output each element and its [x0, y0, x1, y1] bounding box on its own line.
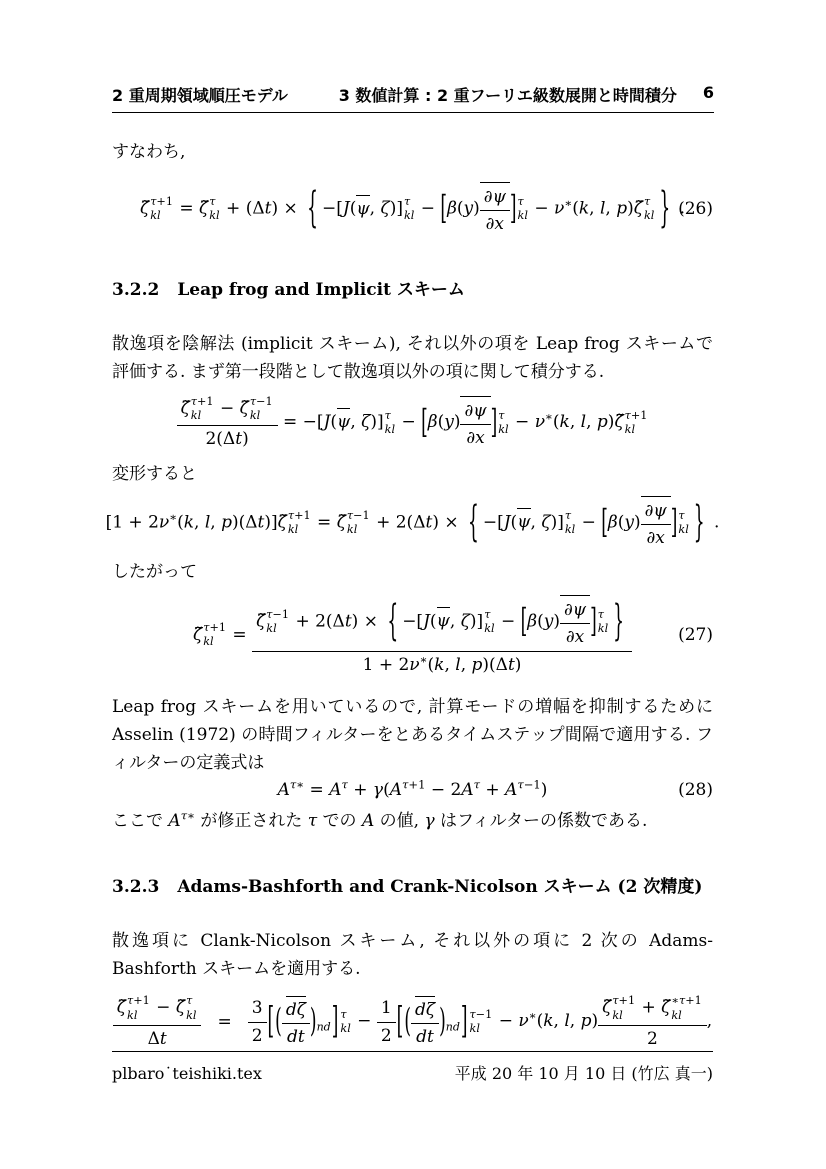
equation-27-number: (27): [678, 624, 713, 646]
equation-26: ζ̃τ+1kl = ζ̃τkl + (Δt) × {−[J(ψ, ζ)]τkl …: [112, 182, 713, 236]
header-page-number: 6: [703, 83, 714, 106]
paragraph-implicit-scheme: 散逸項を陰解法 (implicit スキーム), それ以外の項を Leap fr…: [112, 330, 713, 386]
page-content: すなわち, ζ̃τ+1kl = ζ̃τkl + (Δt) × {−[J(ψ, ζ…: [112, 138, 713, 1051]
equation-adams-bashforth-body: ζ̃τ+1kl − ζ̃τklΔt=32[(dζdt)nd]τkl − 12[(…: [113, 993, 712, 1050]
page-footer: plbaro˙teishiki.tex 平成 20 年 10 月 10 日 (竹…: [112, 1051, 713, 1084]
header-row: 2 重周期領域順圧モデル 3 数値計算 : 2 重フーリエ級数展開と時間積分 6: [112, 83, 714, 106]
equation-27-body: ζ̃τ+1kl = ζ̃τ−1kl + 2(Δt) × {−[J(ψ, ζ)]τ…: [193, 594, 632, 677]
footer-rule: [112, 1051, 713, 1052]
paragraph-henkei: 変形すると: [112, 460, 713, 488]
equation-28: Aτ∗ = Aτ + γ(Aτ+1 − 2Aτ + Aτ−1) (28): [112, 779, 713, 801]
footer-filename: plbaro˙teishiki.tex: [112, 1064, 262, 1083]
header-right-group: 3 数値計算 : 2 重フーリエ級数展開と時間積分 6: [339, 83, 714, 106]
header-chapter-title: 2 重周期領域順圧モデル: [112, 83, 288, 106]
equation-28-number: (28): [678, 779, 713, 801]
equation-28-body: Aτ∗ = Aτ + γ(Aτ+1 − 2Aτ + Aτ−1): [278, 779, 548, 801]
equation-leapfrog-1-body: ζ̃τ+1kl − ζ̃τ−1kl2(Δt) = −[J(ψ, ζ)]τkl −…: [177, 394, 649, 451]
section-number: 3.2.3: [112, 877, 159, 897]
paragraph-shitagatte: したがって: [112, 558, 713, 586]
paragraph-asselin-filter: Leap frog スキームを用いているので, 計算モードの増幅を抑制するために…: [112, 693, 713, 777]
paragraph-adams-bashforth: 散逸項に Clank-Nicolson スキーム, それ以外の項に 2 次の A…: [112, 927, 713, 983]
equation-26-number: (26): [678, 198, 713, 220]
footer-row: plbaro˙teishiki.tex 平成 20 年 10 月 10 日 (竹…: [112, 1061, 713, 1084]
document-page: 2 重周期領域順圧モデル 3 数値計算 : 2 重フーリエ級数展開と時間積分 6…: [0, 0, 826, 1169]
lead-in-text: すなわち,: [112, 138, 713, 166]
section-heading-3-2-2: 3.2.2Leap frog and Implicit スキーム: [112, 276, 713, 304]
page-header: 2 重周期領域順圧モデル 3 数値計算 : 2 重フーリエ級数展開と時間積分 6: [112, 83, 714, 113]
equation-26-body: ζ̃τ+1kl = ζ̃τkl + (Δt) × {−[J(ψ, ζ)]τkl …: [140, 182, 685, 236]
equation-leapfrog-2: [1 + 2ν∗(k, l, p)(Δt)]ζ̃τ+1kl = ζ̃τ−1kl …: [112, 496, 713, 550]
equation-leapfrog-1: ζ̃τ+1kl − ζ̃τ−1kl2(Δt) = −[J(ψ, ζ)]τkl −…: [112, 394, 713, 451]
equation-leapfrog-2-body: [1 + 2ν∗(k, l, p)(Δt)]ζ̃τ+1kl = ζ̃τ−1kl …: [106, 496, 720, 550]
section-number: 3.2.2: [112, 280, 159, 300]
footer-date-author: 平成 20 年 10 月 10 日 (竹広 真一): [455, 1061, 713, 1084]
equation-adams-bashforth: ζ̃τ+1kl − ζ̃τklΔt=32[(dζdt)nd]τkl − 12[(…: [112, 993, 713, 1050]
section-heading-3-2-3: 3.2.3Adams-Bashforth and Crank-Nicolson …: [112, 873, 713, 901]
equation-27: ζ̃τ+1kl = ζ̃τ−1kl + 2(Δt) × {−[J(ψ, ζ)]τ…: [112, 594, 713, 677]
paragraph-filter-coefficient: ここで Aτ∗ が修正された τ での A の値, γ はフィルターの係数である…: [112, 807, 713, 835]
section-title: Leap frog and Implicit スキーム: [177, 280, 465, 300]
header-section-title: 3 数値計算 : 2 重フーリエ級数展開と時間積分: [339, 83, 677, 106]
header-rule: [112, 112, 714, 113]
section-title: Adams-Bashforth and Crank-Nicolson スキーム …: [177, 877, 702, 897]
